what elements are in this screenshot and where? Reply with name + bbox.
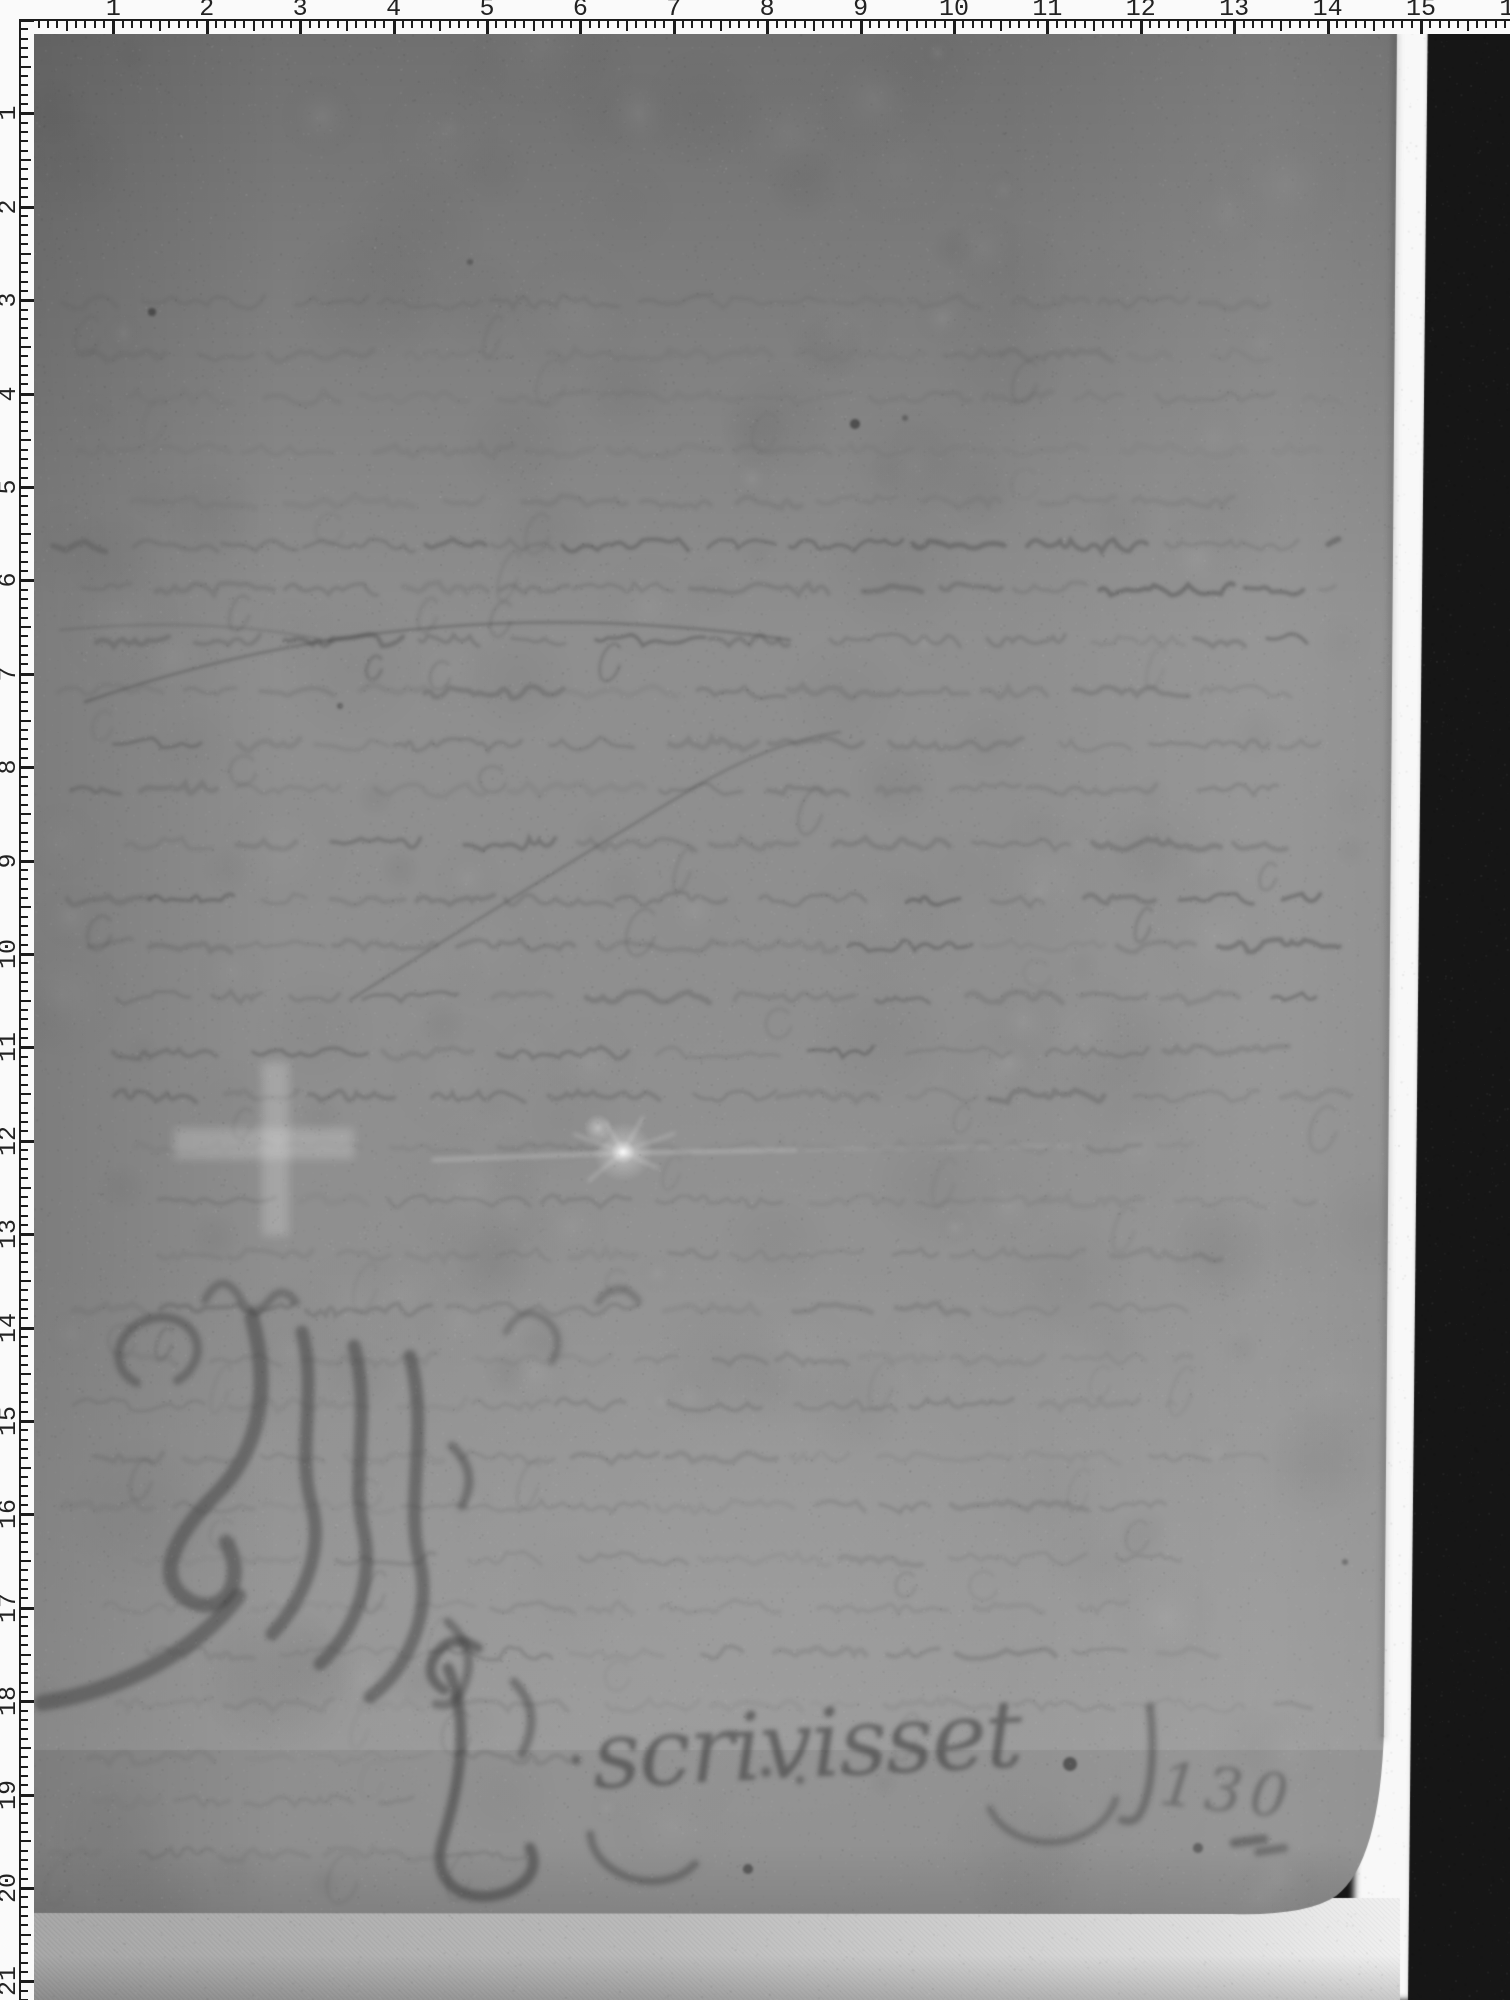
ruler-tick <box>20 495 28 497</box>
ruler-tick <box>20 243 28 245</box>
ruler-tick <box>1299 20 1301 28</box>
ruler-tick <box>20 1868 28 1870</box>
ruler-tick <box>598 20 600 28</box>
ruler-tick <box>20 785 28 787</box>
ruler-tick <box>402 20 404 28</box>
ruler-tick <box>20 1345 28 1347</box>
ruler-tick <box>20 1924 28 1926</box>
ruler-horizontal-cm: 012345678910111213141516 <box>0 0 1510 34</box>
ruler-tick <box>66 20 68 31</box>
ruler-tick <box>20 159 31 161</box>
ruler-tick <box>355 20 357 28</box>
ruler-tick <box>20 318 28 320</box>
ruler-tick <box>20 1205 28 1207</box>
ruler-tick <box>122 20 124 28</box>
ruler-tick <box>47 20 49 28</box>
ruler-number-horizontal: 4 <box>386 0 401 18</box>
ruler-tick <box>804 20 806 28</box>
ruler-tick <box>841 20 843 28</box>
ruler-tick <box>20 187 28 189</box>
ruler-tick <box>20 1401 28 1403</box>
ruler-tick <box>20 1261 28 1263</box>
ruler-number-vertical: 18 <box>0 1679 18 1723</box>
ruler-tick <box>813 20 815 31</box>
ruler-tick <box>20 1177 28 1179</box>
ruler-tick <box>20 1551 28 1553</box>
ruler-tick <box>196 20 198 28</box>
ruler-tick <box>1168 20 1170 28</box>
ruler-tick <box>20 1822 28 1824</box>
ruler-tick <box>785 20 787 28</box>
ruler-tick <box>1261 20 1263 28</box>
ruler-number-horizontal: 13 <box>1219 0 1249 18</box>
ruler-tick <box>20 383 28 385</box>
ruler-tick <box>710 20 712 28</box>
ruler-tick <box>337 20 339 28</box>
ruler-tick <box>1018 20 1020 28</box>
ruler-tick <box>20 1308 28 1310</box>
ruler-tick <box>20 822 28 824</box>
ruler-number-horizontal: 8 <box>760 0 775 18</box>
ruler-number-vertical: 2 <box>0 185 18 229</box>
ruler-tick <box>20 281 28 283</box>
ruler-tick <box>794 20 796 28</box>
ruler-tick <box>888 20 890 28</box>
ruler-tick <box>20 804 28 806</box>
ruler-tick <box>430 20 432 28</box>
ruler-tick <box>720 20 722 31</box>
ruler-tick <box>20 1168 28 1170</box>
ruler-tick <box>832 20 834 28</box>
ruler-tick <box>617 20 619 28</box>
ruler-tick <box>20 421 28 423</box>
ruler-tick <box>20 75 28 77</box>
ruler-tick <box>20 990 28 992</box>
ruler-tick <box>20 1831 28 1833</box>
ruler-tick <box>20 140 28 142</box>
ruler-tick <box>20 94 28 96</box>
ruler-number-vertical: 12 <box>0 1119 18 1163</box>
ruler-tick <box>411 20 413 28</box>
ruler-tick <box>495 20 497 28</box>
ruler-tick <box>20 1280 31 1282</box>
manuscript-scan-viewport: scrivisset 130 012345678910111213141516 … <box>0 0 1510 2000</box>
ruler-tick <box>20 1635 28 1637</box>
ruler-tick <box>1028 20 1030 28</box>
ruler-tick <box>20 467 28 469</box>
ruler-number-horizontal: 12 <box>1126 0 1156 18</box>
ruler-tick <box>20 1065 28 1067</box>
ruler-tick <box>20 131 28 133</box>
ruler-tick <box>20 1467 31 1469</box>
ruler-tick <box>20 1625 28 1627</box>
ruler-number-vertical: 6 <box>0 558 18 602</box>
ruler-tick <box>20 1775 28 1777</box>
ruler-tick <box>20 748 28 750</box>
ruler-tick <box>439 20 441 31</box>
ruler-tick <box>1308 20 1310 28</box>
ruler-tick <box>1467 20 1469 31</box>
ruler-number-vertical: 5 <box>0 465 18 509</box>
ruler-tick <box>1215 20 1217 28</box>
ruler-tick <box>1271 20 1273 28</box>
ruler-tick <box>224 20 226 28</box>
ruler-tick <box>94 20 96 28</box>
ruler-number-vertical: 21 <box>0 1959 18 2000</box>
ruler-tick <box>84 20 86 28</box>
ruler-tick <box>1364 20 1366 28</box>
ruler-tick <box>20 253 31 255</box>
ruler-tick <box>421 20 423 28</box>
ruler-tick <box>20 1028 28 1030</box>
ruler-tick <box>663 20 665 28</box>
ruler-tick <box>20 1383 28 1385</box>
ruler-tick <box>178 20 180 28</box>
ruler-tick <box>327 20 329 28</box>
ruler-tick <box>1280 20 1282 31</box>
ruler-tick <box>20 533 31 535</box>
ruler-tick <box>20 1579 28 1581</box>
ruler-tick <box>20 215 28 217</box>
ruler-tick <box>290 20 292 28</box>
ruler-tick <box>20 906 31 908</box>
ruler-tick <box>20 411 28 413</box>
ruler-tick <box>20 523 28 525</box>
ruler-tick <box>20 710 28 712</box>
ruler-tick <box>20 589 28 591</box>
ruler-number-vertical: 16 <box>0 1492 18 1536</box>
ruler-tick <box>20 776 28 778</box>
ruler-tick <box>757 20 759 28</box>
ruler-tick <box>20 1018 28 1020</box>
ruler-tick <box>626 20 628 31</box>
ruler-tick <box>20 542 28 544</box>
ruler-tick <box>309 20 311 28</box>
ruler-number-vertical: 8 <box>0 745 18 789</box>
ruler-tick <box>271 20 273 28</box>
ruler-tick <box>168 20 170 28</box>
ruler-tick <box>20 1112 28 1114</box>
ruler-tick <box>20 1102 28 1104</box>
ruler-number-vertical: 10 <box>0 932 18 976</box>
ruler-tick <box>1345 20 1347 28</box>
ruler-tick <box>869 20 871 28</box>
ruler-tick <box>20 1850 28 1852</box>
ruler-tick <box>20 738 28 740</box>
ruler-tick <box>20 168 28 170</box>
ruler-tick <box>318 20 320 28</box>
ruler-tick <box>1476 20 1478 28</box>
ruler-tick <box>20 1252 28 1254</box>
ruler-number-horizontal: 3 <box>293 0 308 18</box>
ruler-tick <box>1074 20 1076 28</box>
ruler-tick <box>20 327 28 329</box>
ruler-tick <box>20 1373 31 1375</box>
ruler-tick <box>738 20 740 28</box>
ruler-tick <box>1401 20 1403 28</box>
ruler-tick <box>635 20 637 28</box>
ruler-number-vertical: 14 <box>0 1306 18 1350</box>
ruler-tick <box>589 20 591 28</box>
ruler-tick <box>20 1299 28 1301</box>
ruler-tick <box>20 514 28 516</box>
ruler-tick <box>477 20 479 28</box>
ruler-tick <box>20 617 28 619</box>
ruler-number-horizontal: 15 <box>1406 0 1436 18</box>
ruler-tick <box>20 1569 28 1571</box>
ruler-tick <box>467 20 469 28</box>
ruler-tick <box>20 813 31 815</box>
ruler-tick <box>20 1728 28 1730</box>
ruler-tick <box>20 38 28 40</box>
ruler-tick <box>20 1672 28 1674</box>
ruler-tick <box>916 20 918 28</box>
ruler-tick <box>20 1392 28 1394</box>
ruler-tick <box>1205 20 1207 28</box>
ruler-tick <box>253 20 255 31</box>
ruler-tick <box>1112 20 1114 28</box>
ruler-tick <box>570 20 572 28</box>
ruler-number-horizontal: 6 <box>573 0 588 18</box>
ruler-tick <box>20 1187 31 1189</box>
ruler-tick <box>20 1588 28 1590</box>
ruler-tick <box>20 505 28 507</box>
ruler-tick <box>20 1766 28 1768</box>
ruler-tick <box>20 981 28 983</box>
ruler-tick <box>1373 20 1375 31</box>
ruler-tick <box>20 47 28 49</box>
ruler-tick <box>850 20 852 28</box>
ruler-tick <box>20 56 28 58</box>
ruler-tick <box>20 1654 31 1656</box>
ruler-tick <box>607 20 609 28</box>
ruler-tick <box>20 1121 28 1123</box>
ruler-tick <box>20 1448 28 1450</box>
ruler-tick <box>20 878 28 880</box>
ruler-tick <box>20 916 28 918</box>
ruler-tick <box>1495 20 1497 28</box>
ruler-tick <box>20 365 28 367</box>
ruler-tick <box>20 355 28 357</box>
ruler-tick <box>20 28 28 30</box>
ruler-tick <box>20 1906 28 1908</box>
ruler-tick <box>20 701 28 703</box>
ruler-tick <box>383 20 385 28</box>
ruler-tick <box>20 1719 28 1721</box>
ruler-tick <box>20 729 28 731</box>
ruler-tick <box>20 337 28 339</box>
ruler-tick <box>281 20 283 28</box>
ruler-number-horizontal: 16 <box>1499 0 1510 18</box>
ruler-tick <box>551 20 553 28</box>
ruler-tick <box>1093 20 1095 31</box>
ruler-tick <box>187 20 189 28</box>
ruler-tick <box>20 66 31 68</box>
ruler-number-horizontal: 5 <box>479 0 494 18</box>
ruler-tick <box>1439 20 1441 28</box>
ruler-tick <box>990 20 992 28</box>
ruler-tick <box>645 20 647 28</box>
ruler-tick <box>365 20 367 28</box>
ruler-tick <box>20 663 28 665</box>
ruler-tick <box>925 20 927 28</box>
ruler-tick <box>20 626 31 628</box>
ruler-number-vertical: 11 <box>0 1025 18 1069</box>
ruler-tick <box>234 20 236 28</box>
ruler-tick <box>20 1000 31 1002</box>
ruler-tick <box>103 20 105 28</box>
ruler-tick <box>20 1644 28 1646</box>
ruler-tick <box>20 888 28 890</box>
ruler-tick <box>20 1952 28 1954</box>
ruler-tick <box>654 20 656 28</box>
ruler-tick <box>20 691 28 693</box>
ruler-tick <box>729 20 731 28</box>
ruler-number-vertical: 19 <box>0 1773 18 1817</box>
ruler-tick <box>1457 20 1459 28</box>
ruler-tick <box>20 262 28 264</box>
ruler-tick <box>20 551 28 553</box>
ruler-tick <box>20 682 28 684</box>
ruler-tick <box>20 1084 28 1086</box>
ruler-tick <box>1187 20 1189 31</box>
ruler-tick <box>20 1962 28 1964</box>
ruler-tick <box>20 1457 28 1459</box>
ruler-number-vertical: 3 <box>0 278 18 322</box>
ruler-tick <box>20 1439 28 1441</box>
ruler-number-horizontal: 14 <box>1313 0 1343 18</box>
ruler-tick <box>514 20 516 28</box>
ruler-tick <box>542 20 544 28</box>
ruler-tick <box>878 20 880 28</box>
ruler-tick <box>20 1663 28 1665</box>
ruler-tick <box>56 20 58 28</box>
ruler-tick <box>748 20 750 28</box>
ruler-number-vertical: 4 <box>0 372 18 416</box>
ruler-tick <box>906 20 908 31</box>
ruler-tick <box>20 654 28 656</box>
ruler-tick <box>20 1355 28 1357</box>
ruler-tick <box>20 841 28 843</box>
ruler-tick <box>20 178 28 180</box>
ruler-tick <box>20 224 28 226</box>
ruler-tick <box>20 1009 28 1011</box>
ruler-tick <box>682 20 684 28</box>
ruler-tick <box>20 1840 31 1842</box>
ruler-tick <box>20 1738 28 1740</box>
ruler-number-vertical: 7 <box>0 652 18 696</box>
ruler-tick <box>20 972 28 974</box>
ruler-tick <box>1177 20 1179 28</box>
ruler-tick <box>1196 20 1198 28</box>
ruler-tick <box>20 925 28 927</box>
ruler-tick <box>20 19 34 22</box>
ruler-tick <box>1355 20 1357 28</box>
ruler-tick <box>243 20 245 28</box>
ruler-tick <box>20 1943 28 1945</box>
ruler-number-horizontal: 9 <box>853 0 868 18</box>
ruler-tick <box>20 1476 28 1478</box>
ruler-tick <box>1121 20 1123 28</box>
ruler-number-vertical: 17 <box>0 1586 18 1630</box>
ruler-tick <box>691 20 693 28</box>
ruler-tick <box>20 234 28 236</box>
ruler-tick <box>533 20 535 31</box>
ruler-tick <box>972 20 974 28</box>
ruler-tick <box>523 20 525 28</box>
ruler-tick <box>1289 20 1291 28</box>
ruler-tick <box>1383 20 1385 28</box>
ruler-tick <box>20 850 28 852</box>
ruler-tick <box>20 1215 28 1217</box>
ruler-tick <box>1065 20 1067 28</box>
ruler-number-horizontal: 11 <box>1032 0 1062 18</box>
ruler-tick <box>20 309 28 311</box>
ruler-tick <box>20 430 28 432</box>
ruler-tick <box>822 20 824 28</box>
ruler-tick <box>20 196 28 198</box>
manuscript-page-image <box>0 0 1510 2000</box>
ruler-number-vertical: 13 <box>0 1212 18 1256</box>
ruler-tick <box>1102 20 1104 28</box>
ruler-tick <box>20 1158 28 1160</box>
ruler-tick <box>262 20 264 28</box>
ruler-tick <box>458 20 460 28</box>
ruler-tick <box>934 20 936 28</box>
ruler-tick <box>20 869 28 871</box>
ruler-tick <box>20 1074 28 1076</box>
ruler-tick <box>20 1859 28 1861</box>
ruler-tick <box>159 20 161 31</box>
ruler-tick <box>20 897 28 899</box>
ruler-tick <box>20 1485 28 1487</box>
ruler-tick <box>1158 20 1160 28</box>
ruler-tick <box>701 20 703 28</box>
ruler-tick <box>1084 20 1086 28</box>
ruler-tick <box>20 1541 28 1543</box>
ruler-tick <box>374 20 376 28</box>
ruler-tick <box>20 607 28 609</box>
ruler-tick <box>20 1756 28 1758</box>
ruler-tick <box>20 1934 31 1936</box>
ruler-tick <box>20 598 28 600</box>
ruler-number-horizontal: 7 <box>666 0 681 18</box>
ruler-tick <box>131 20 133 28</box>
ruler-tick <box>20 1495 28 1497</box>
ruler-tick <box>20 1289 28 1291</box>
ruler-tick <box>20 645 28 647</box>
ruler-tick <box>561 20 563 28</box>
ruler-tick <box>776 20 778 28</box>
ruler-tick <box>215 20 217 28</box>
ruler-tick <box>981 20 983 28</box>
ruler-tick <box>1009 20 1011 28</box>
ruler-tick <box>1252 20 1254 28</box>
ruler-tick <box>20 374 28 376</box>
ruler-number-vertical: 9 <box>0 839 18 883</box>
ruler-tick <box>20 449 28 451</box>
ruler-tick <box>20 934 28 936</box>
ruler-tick <box>20 561 28 563</box>
ruler-number-vertical: 1 <box>0 91 18 135</box>
ruler-tick <box>505 20 507 28</box>
ruler-tick <box>140 20 142 28</box>
ruler-tick <box>20 1812 28 1814</box>
ruler-tick <box>20 635 28 637</box>
ruler-tick <box>1448 20 1450 28</box>
ruler-tick <box>1485 20 1487 28</box>
ruler-tick <box>20 1271 28 1273</box>
